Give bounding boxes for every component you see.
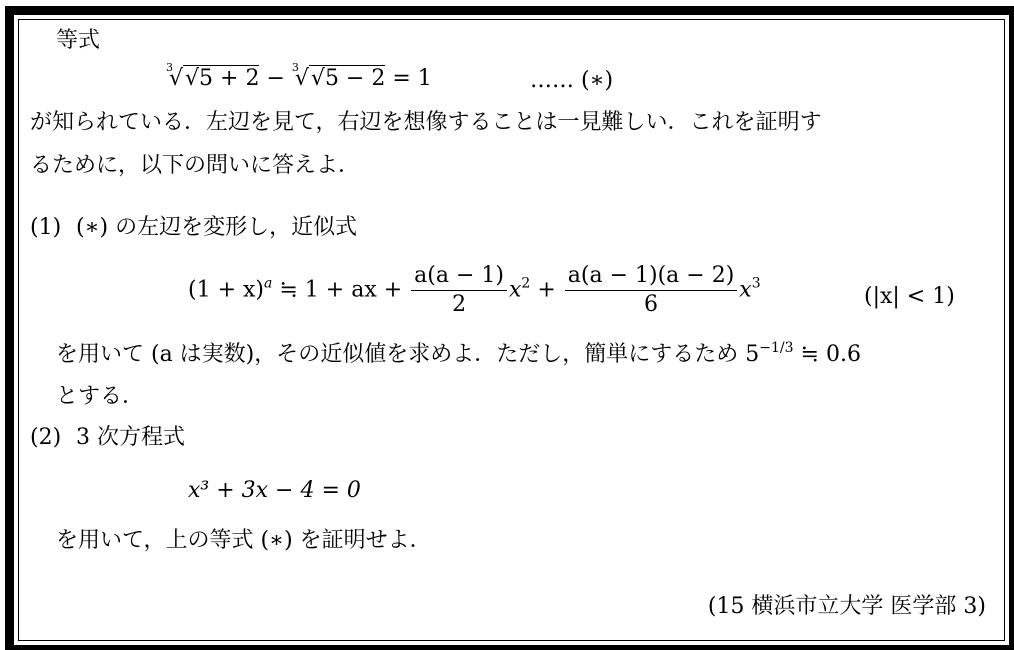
fraction-1: a(a − 1)2 [411,262,507,319]
equation-tag: …… (∗) [530,68,613,94]
intro-label: 等式 [56,28,100,54]
question-2-label: (2) [30,425,61,451]
fraction-2: a(a − 1)(a − 2)6 [565,262,738,319]
sentence-1: が知られている．左辺を見て，右辺を想像することは一見難しい．これを証明す [30,110,822,136]
main-equation: 3√√5 + 2 − 3√√5 − 2 = 1 [166,66,432,92]
question-1-label: (1) [30,215,61,241]
formula-condition: (|x| < 1) [864,284,955,310]
source-citation: (15 横浜市立大学 医学部 3) [708,594,986,620]
question-1-after: を用いて (a は実数)，その近似値を求めよ．ただし，簡単にするため 5−1/3… [56,342,861,368]
question-2-text: 3 次方程式 [76,425,185,451]
approximation-formula: (1 + x)a ≒ 1 + ax + a(a − 1)2x2 + a(a − … [188,262,761,319]
sentence-2: るために，以下の問いに答えよ． [30,153,360,179]
question-1-end: とする． [56,384,144,410]
question-1-text: (∗) の左辺を変形し，近似式 [76,215,357,241]
question-2-after: を用いて，上の等式 (∗) を証明せよ． [56,528,432,554]
cubic-equation: x³ + 3x − 4 = 0 [188,478,361,504]
